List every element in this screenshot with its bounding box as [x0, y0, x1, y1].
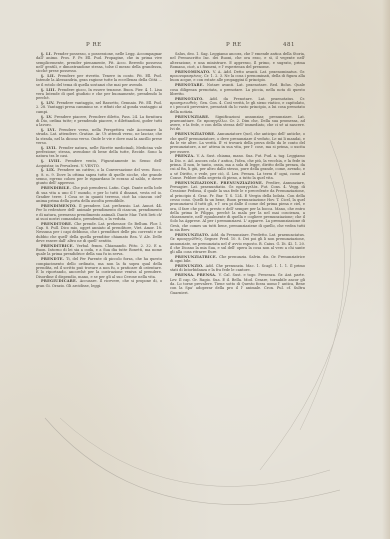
- circular-stamp-impression: [0, 0, 390, 539]
- arc-outer-right: [260, 140, 351, 470]
- arc-inner-right: [300, 175, 345, 430]
- arc-inner-left: [60, 418, 330, 486]
- arc-outer-left: [45, 418, 340, 505]
- scanned-dictionary-page: P RE P RE 481 §. LI. Prender possesso, o…: [0, 0, 390, 539]
